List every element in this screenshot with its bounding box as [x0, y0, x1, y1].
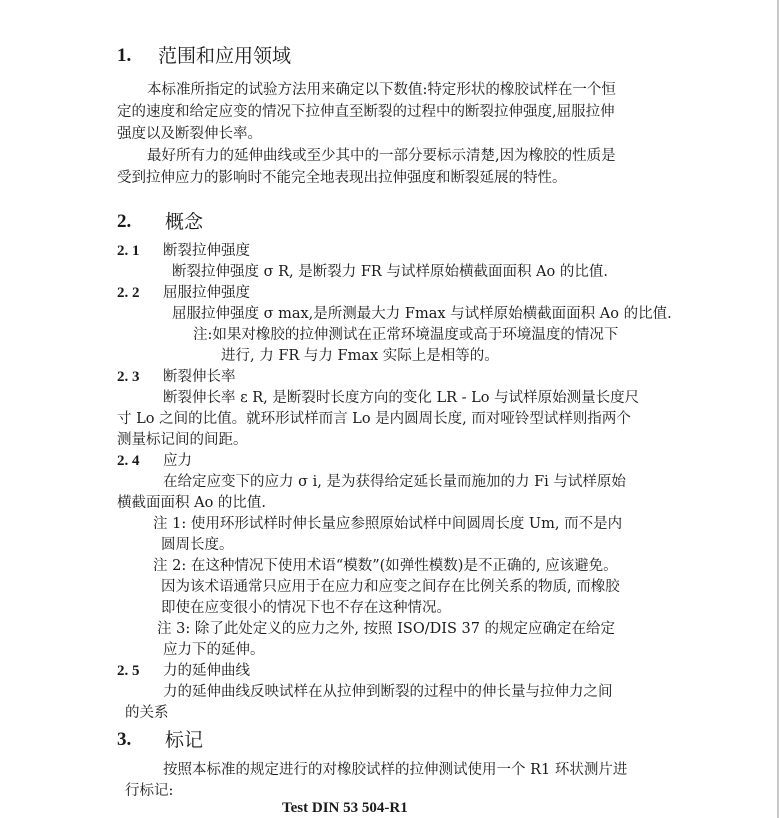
- subsection-2-2-number: 2. 2: [117, 283, 140, 303]
- subsection-2-5-title: 力的延伸曲线: [163, 661, 250, 681]
- paragraph-line: 按照本标准的规定进行的对橡胶试样的拉伸测试使用一个 R1 环状测片进: [163, 760, 627, 780]
- subsection-2-3-number: 2. 3: [117, 367, 140, 387]
- section-1-number: 1.: [117, 44, 131, 68]
- paragraph-line: 本标准所指定的试验方法用来确定以下数值:特定形状的橡胶试样在一个恒: [147, 80, 616, 100]
- definition-line: 屈服拉伸强度 σ max,是所测最大力 Fmax 与试样原始横截面面积 Ao 的…: [172, 304, 672, 324]
- paragraph-line: 定的速度和给定应变的情况下拉伸直至断裂的过程中的断裂拉伸强度,屈服拉伸: [117, 102, 615, 122]
- note-2-line: 因为该术语通常只应用于在应力和应变之间存在比例关系的物质, 而橡胶: [161, 577, 620, 597]
- definition-line: 测量标记间的间距。: [117, 430, 248, 450]
- subsection-2-1-title: 断裂拉伸强度: [163, 241, 250, 261]
- definition-line: 在给定应变下的应力 σ i, 是为获得给定延长量而施加的力 Fi 与试样原始: [163, 472, 626, 492]
- paragraph-line: 强度以及断裂伸长率。: [117, 124, 262, 144]
- test-designation: Test DIN 53 504-R1: [282, 798, 408, 818]
- subsection-2-5-number: 2. 5: [117, 661, 140, 681]
- definition-line: 横截面面积 Ao 的比值.: [117, 493, 266, 513]
- paragraph-line: 受到拉伸应力的影响时不能完全地表现出拉伸强度和断裂延展的特性。: [117, 168, 567, 188]
- note-2-line: 注 2: 在这种情况下使用术语“模数”(如弹性模数)是不正确的, 应该避免。: [153, 556, 618, 576]
- section-1-title: 范围和应用领域: [158, 44, 291, 68]
- note-3-line: 注 3: 除了此处定义的应力之外, 按照 ISO/DIS 37 的规定应确定在给…: [157, 619, 615, 639]
- subsection-2-4-number: 2. 4: [117, 451, 140, 471]
- section-2-number: 2.: [117, 210, 131, 234]
- note-2-line: 即使在应变很小的情况下也不存在这种情况。: [161, 598, 451, 618]
- subsection-2-2-title: 屈服拉伸强度: [163, 283, 250, 303]
- definition-line: 断裂拉伸强度 σ R, 是断裂力 FR 与试样原始横截面面积 Ao 的比值.: [172, 262, 608, 282]
- note-line: 进行, 力 FR 与力 Fmax 实际上是相等的。: [221, 346, 499, 366]
- definition-line: 寸 Lo 之间的比值。就环形试样而言 Lo 是内圆周长度, 而对哑铃型试样则指两…: [117, 409, 631, 429]
- section-2-title: 概念: [165, 210, 203, 234]
- section-3-number: 3.: [117, 728, 131, 752]
- subsection-2-1-number: 2. 1: [117, 241, 140, 261]
- section-3-title: 标记: [165, 728, 203, 752]
- note-3-line: 应力下的延伸。: [163, 640, 265, 660]
- definition-line: 力的延伸曲线反映试样在从拉伸到断裂的过程中的伸长量与拉伸力之间: [163, 682, 613, 702]
- note-line: 注:如果对橡胶的拉伸测试在正常环境温度或高于环境温度的情况下: [193, 325, 618, 345]
- paragraph-line: 最好所有力的延伸曲线或至少其中的一部分要标示清楚,因为橡胶的性质是: [147, 146, 616, 166]
- note-1-line: 圆周长度。: [161, 535, 234, 555]
- subsection-2-4-title: 应力: [163, 451, 192, 471]
- note-1-line: 注 1: 使用环形试样时伸长量应参照原始试样中间圆周长度 Um, 而不是内: [153, 514, 622, 534]
- paragraph-line: 行标记:: [125, 781, 173, 801]
- definition-line: 的关系: [125, 703, 169, 723]
- definition-line: 断裂伸长率 ε R, 是断裂时长度方向的变化 LR - Lo 与试样原始测量长度…: [163, 388, 639, 408]
- subsection-2-3-title: 断裂伸长率: [163, 367, 236, 387]
